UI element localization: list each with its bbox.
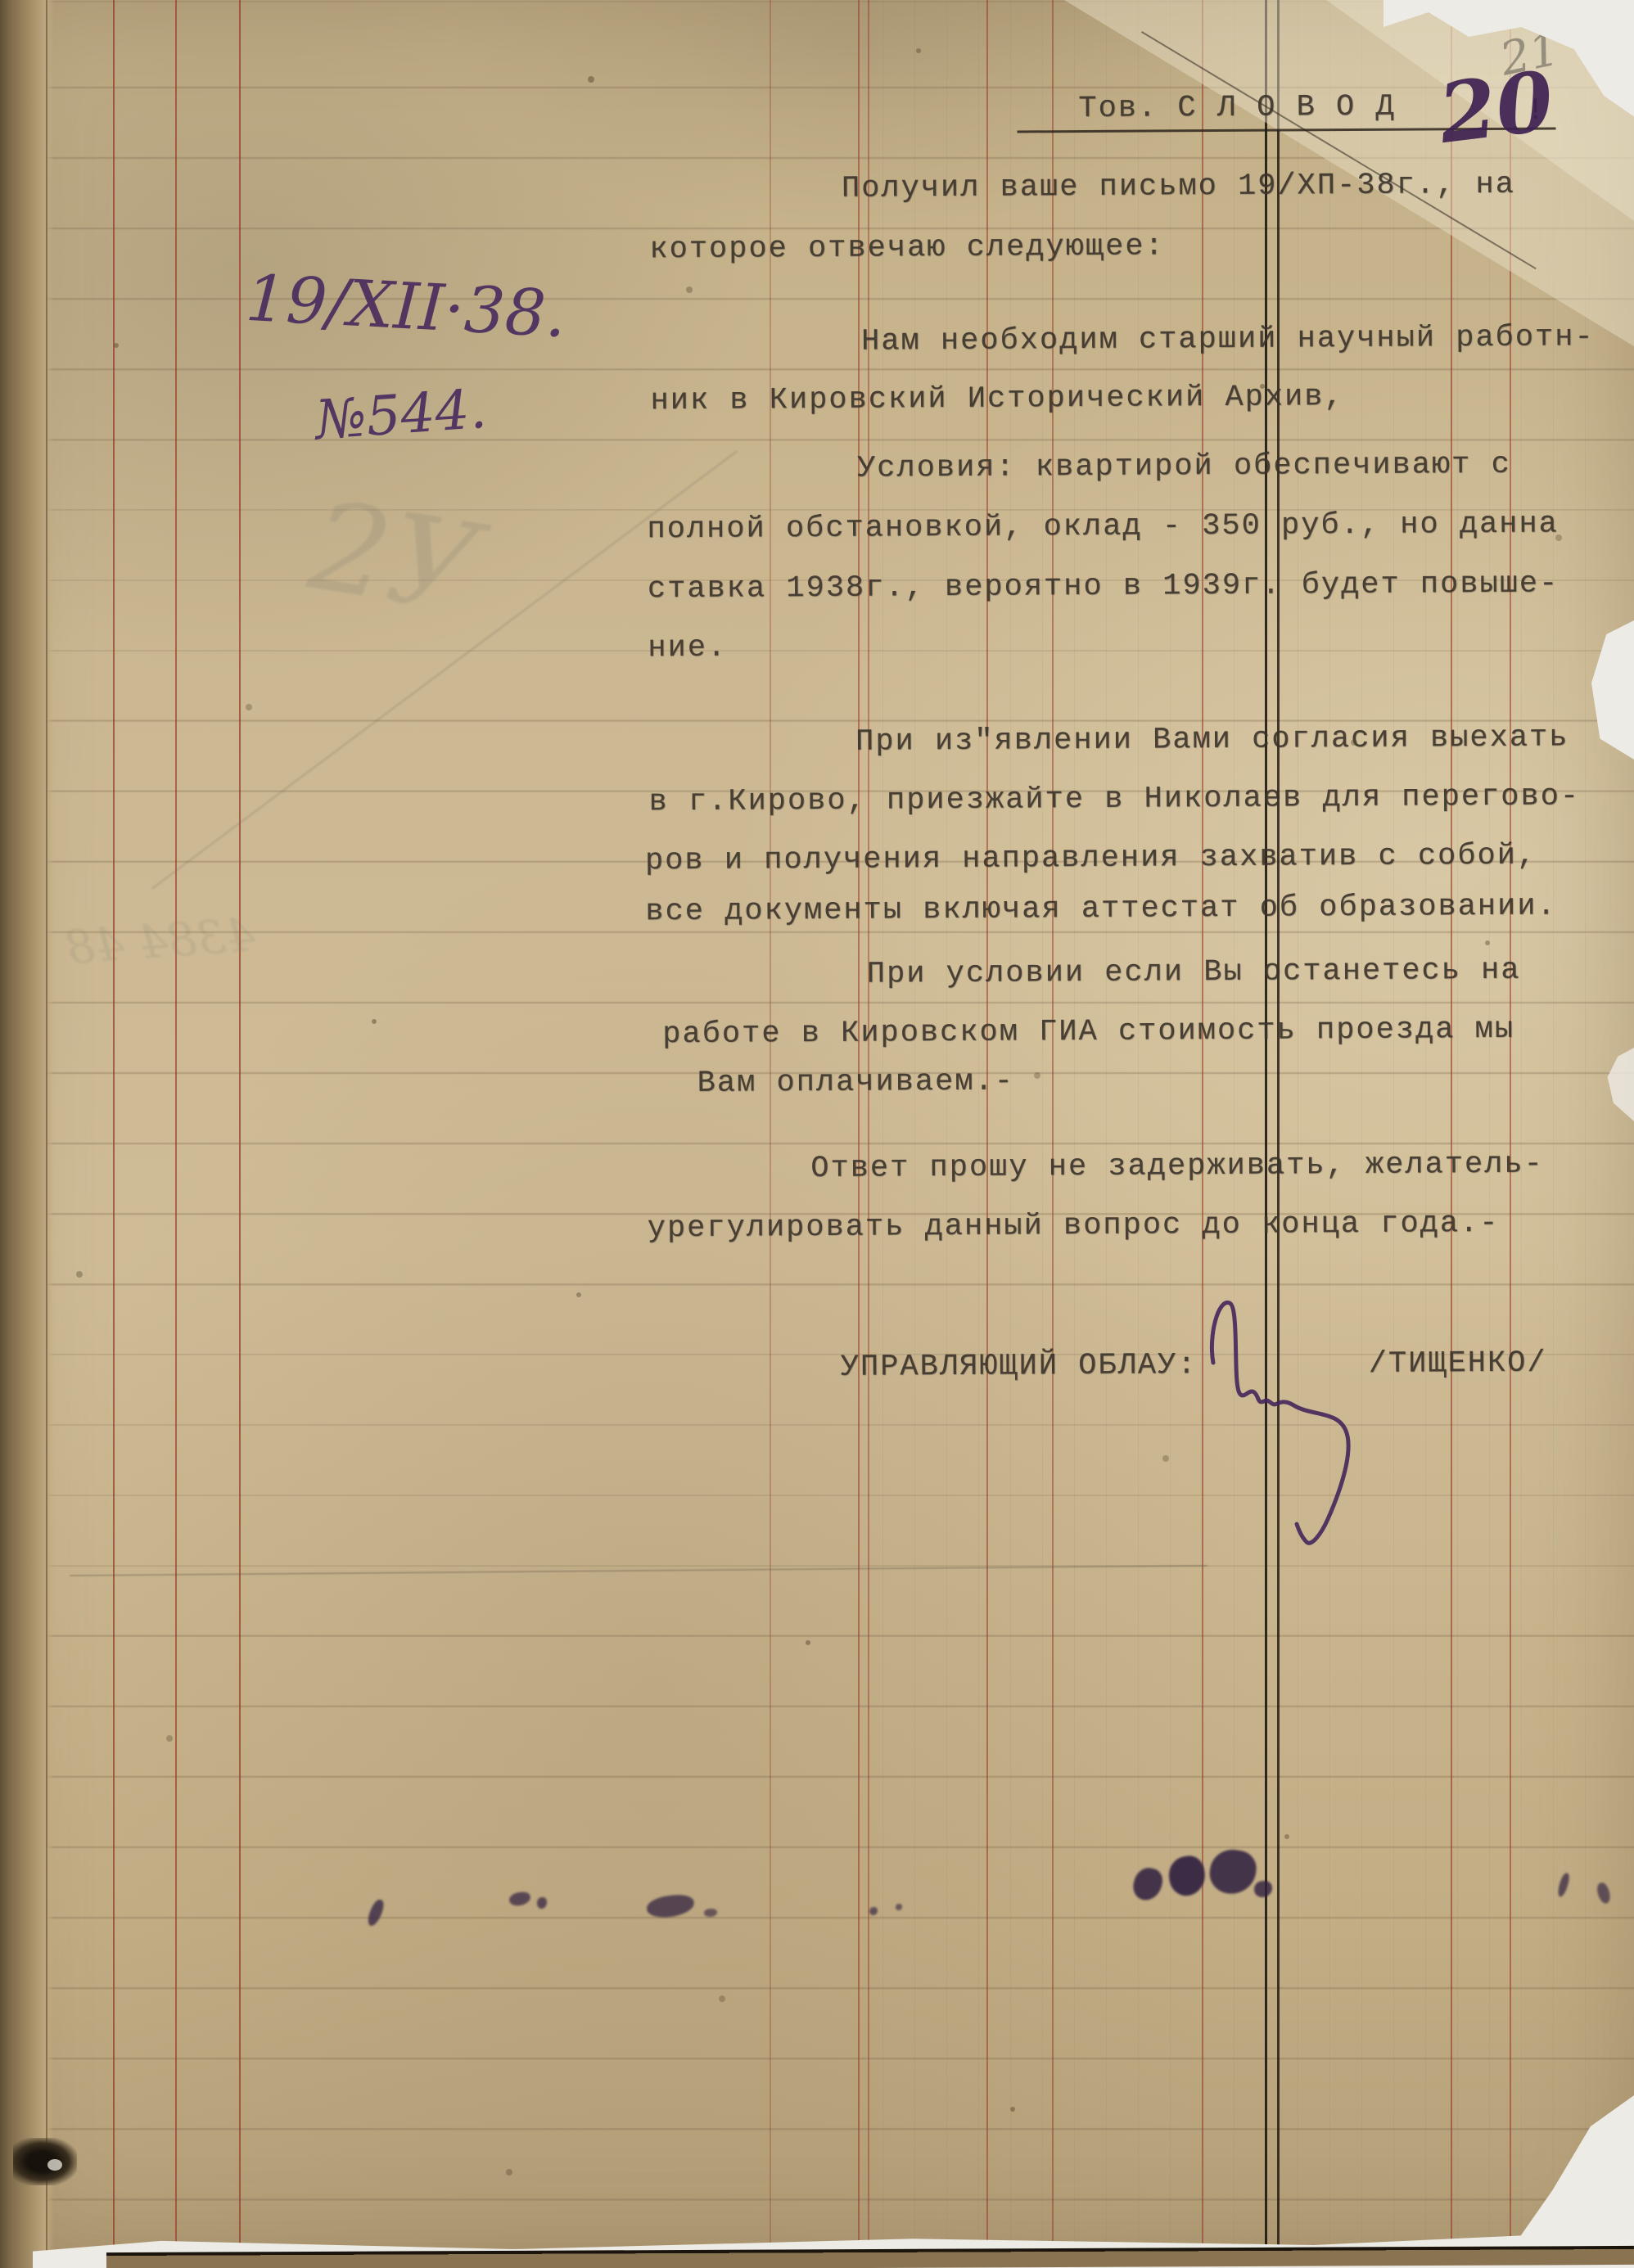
- typed-line: ник в Кировский Исторический Архив,: [650, 378, 1343, 420]
- typed-line: урегулировать данный вопрос до конца год…: [648, 1205, 1500, 1247]
- scan-background: 4384 48 2У Тов. С Л О В О Д ! Получил ва…: [0, 0, 1634, 2268]
- signoff-name: /ТИЩЕНКО/: [1369, 1345, 1547, 1383]
- typed-line: ние.: [648, 629, 727, 668]
- scanned-document-page: 4384 48 2У Тов. С Л О В О Д ! Получил ва…: [0, 0, 1634, 2268]
- typed-line: Условия: квартирой обеспечивают с: [857, 446, 1511, 488]
- typed-line: в г.Кирово, приезжайте в Николаев для пе…: [648, 778, 1580, 821]
- typed-line: Нам необходим старший научный работн-: [861, 318, 1595, 360]
- typed-line: работе в Кировском ГИА стоимость проезда…: [662, 1011, 1514, 1053]
- typed-line: При из"явлении Вами согласия выехать: [855, 719, 1569, 760]
- paper-specks: [0, 0, 3, 3]
- typed-line: Получил ваше письмо 19/ХП-38г., на: [842, 166, 1515, 208]
- typed-line: Ответ прошу не задерживать, желатель-: [810, 1146, 1544, 1188]
- typed-letter: Тов. С Л О В О Д ! Получил ваше письмо 1…: [0, 0, 1634, 2268]
- typed-line: Вам оплачиваем.-: [697, 1063, 1014, 1102]
- typed-line: полной обстановкой, оклад - 350 руб., но…: [647, 505, 1559, 548]
- typed-line: ставка 1938г., вероятно в 1939г. будет п…: [648, 565, 1560, 608]
- signoff-title: УПРАВЛЯЮЩИЙ ОБЛАУ:: [841, 1346, 1198, 1387]
- handwritten-number: №544.: [314, 377, 489, 452]
- paper-hole: [13, 2138, 77, 2185]
- salutation: Тов. С Л О В О Д: [1078, 88, 1396, 128]
- typed-line: все документы включая аттестат об образо…: [645, 887, 1557, 931]
- typed-line: ров и получения направления захватив с с…: [645, 837, 1537, 881]
- paper-hole-fleck: [47, 2159, 62, 2171]
- typed-line: При условии если Вы останетесь на: [867, 952, 1521, 994]
- typed-line: которое отвечаю следующее:: [649, 228, 1165, 268]
- signature-ink: [1197, 1287, 1369, 1557]
- folio-number-ink: 20: [1433, 52, 1559, 162]
